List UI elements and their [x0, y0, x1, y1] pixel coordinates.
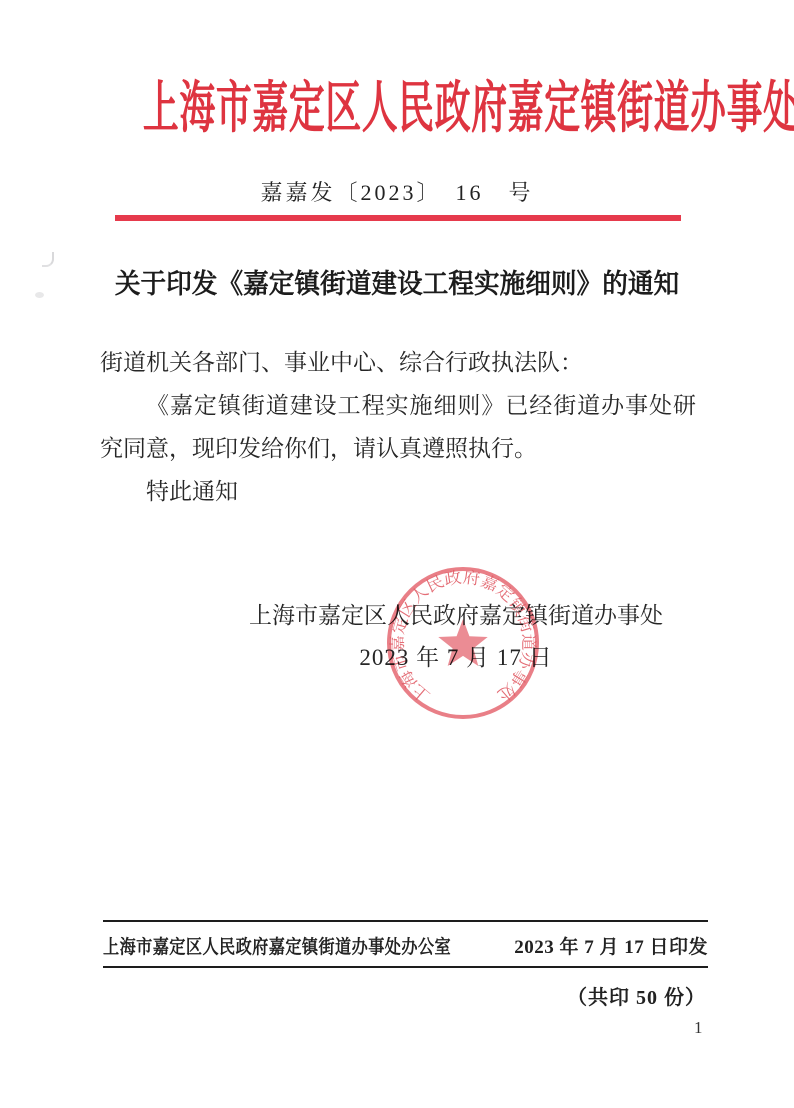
footer-rule-bottom	[103, 966, 708, 968]
body-salutation: 街道机关各部门、事业中心、综合行政执法队：	[100, 341, 696, 384]
footer-row: 上海市嘉定区人民政府嘉定镇街道办事处办公室 2023 年 7 月 17 日印发	[103, 932, 708, 962]
signature-org: 上海市嘉定区人民政府嘉定镇街道办事处	[228, 601, 684, 631]
body-closing: 特此通知	[100, 470, 696, 513]
footer-print-date: 2023 年 7 月 17 日印发	[514, 932, 708, 959]
red-separator-line	[115, 215, 681, 221]
signature-block: 上海市嘉定区人民政府嘉定镇街道办事处 2023 年 7 月 17 日	[228, 601, 684, 672]
footer-rule-top	[103, 920, 708, 922]
notice-body: 街道机关各部门、事业中心、综合行政执法队： 《嘉定镇街道建设工程实施细则》已经街…	[100, 341, 696, 513]
signature-date: 2023 年 7 月 17 日	[228, 644, 684, 672]
notice-title: 关于印发《嘉定镇街道建设工程实施细则》的通知	[20, 262, 774, 301]
document-page: 上海市嘉定区人民政府嘉定镇街道办事处 嘉嘉发〔2023〕 16 号 关于印发《嘉…	[0, 0, 794, 1108]
body-paragraph: 《嘉定镇街道建设工程实施细则》已经街道办事处研究同意，现印发给你们，请认真遵照执…	[100, 384, 696, 470]
page-number: 1	[694, 1018, 703, 1038]
footer-issuer-office: 上海市嘉定区人民政府嘉定镇街道办事处办公室	[103, 932, 451, 959]
footer-copies-count: （共印 50 份）	[567, 981, 706, 1010]
letterhead-org-title: 上海市嘉定区人民政府嘉定镇街道办事处	[143, 64, 651, 144]
scan-artifact	[35, 292, 44, 298]
document-number: 嘉嘉发〔2023〕 16 号	[0, 176, 794, 207]
